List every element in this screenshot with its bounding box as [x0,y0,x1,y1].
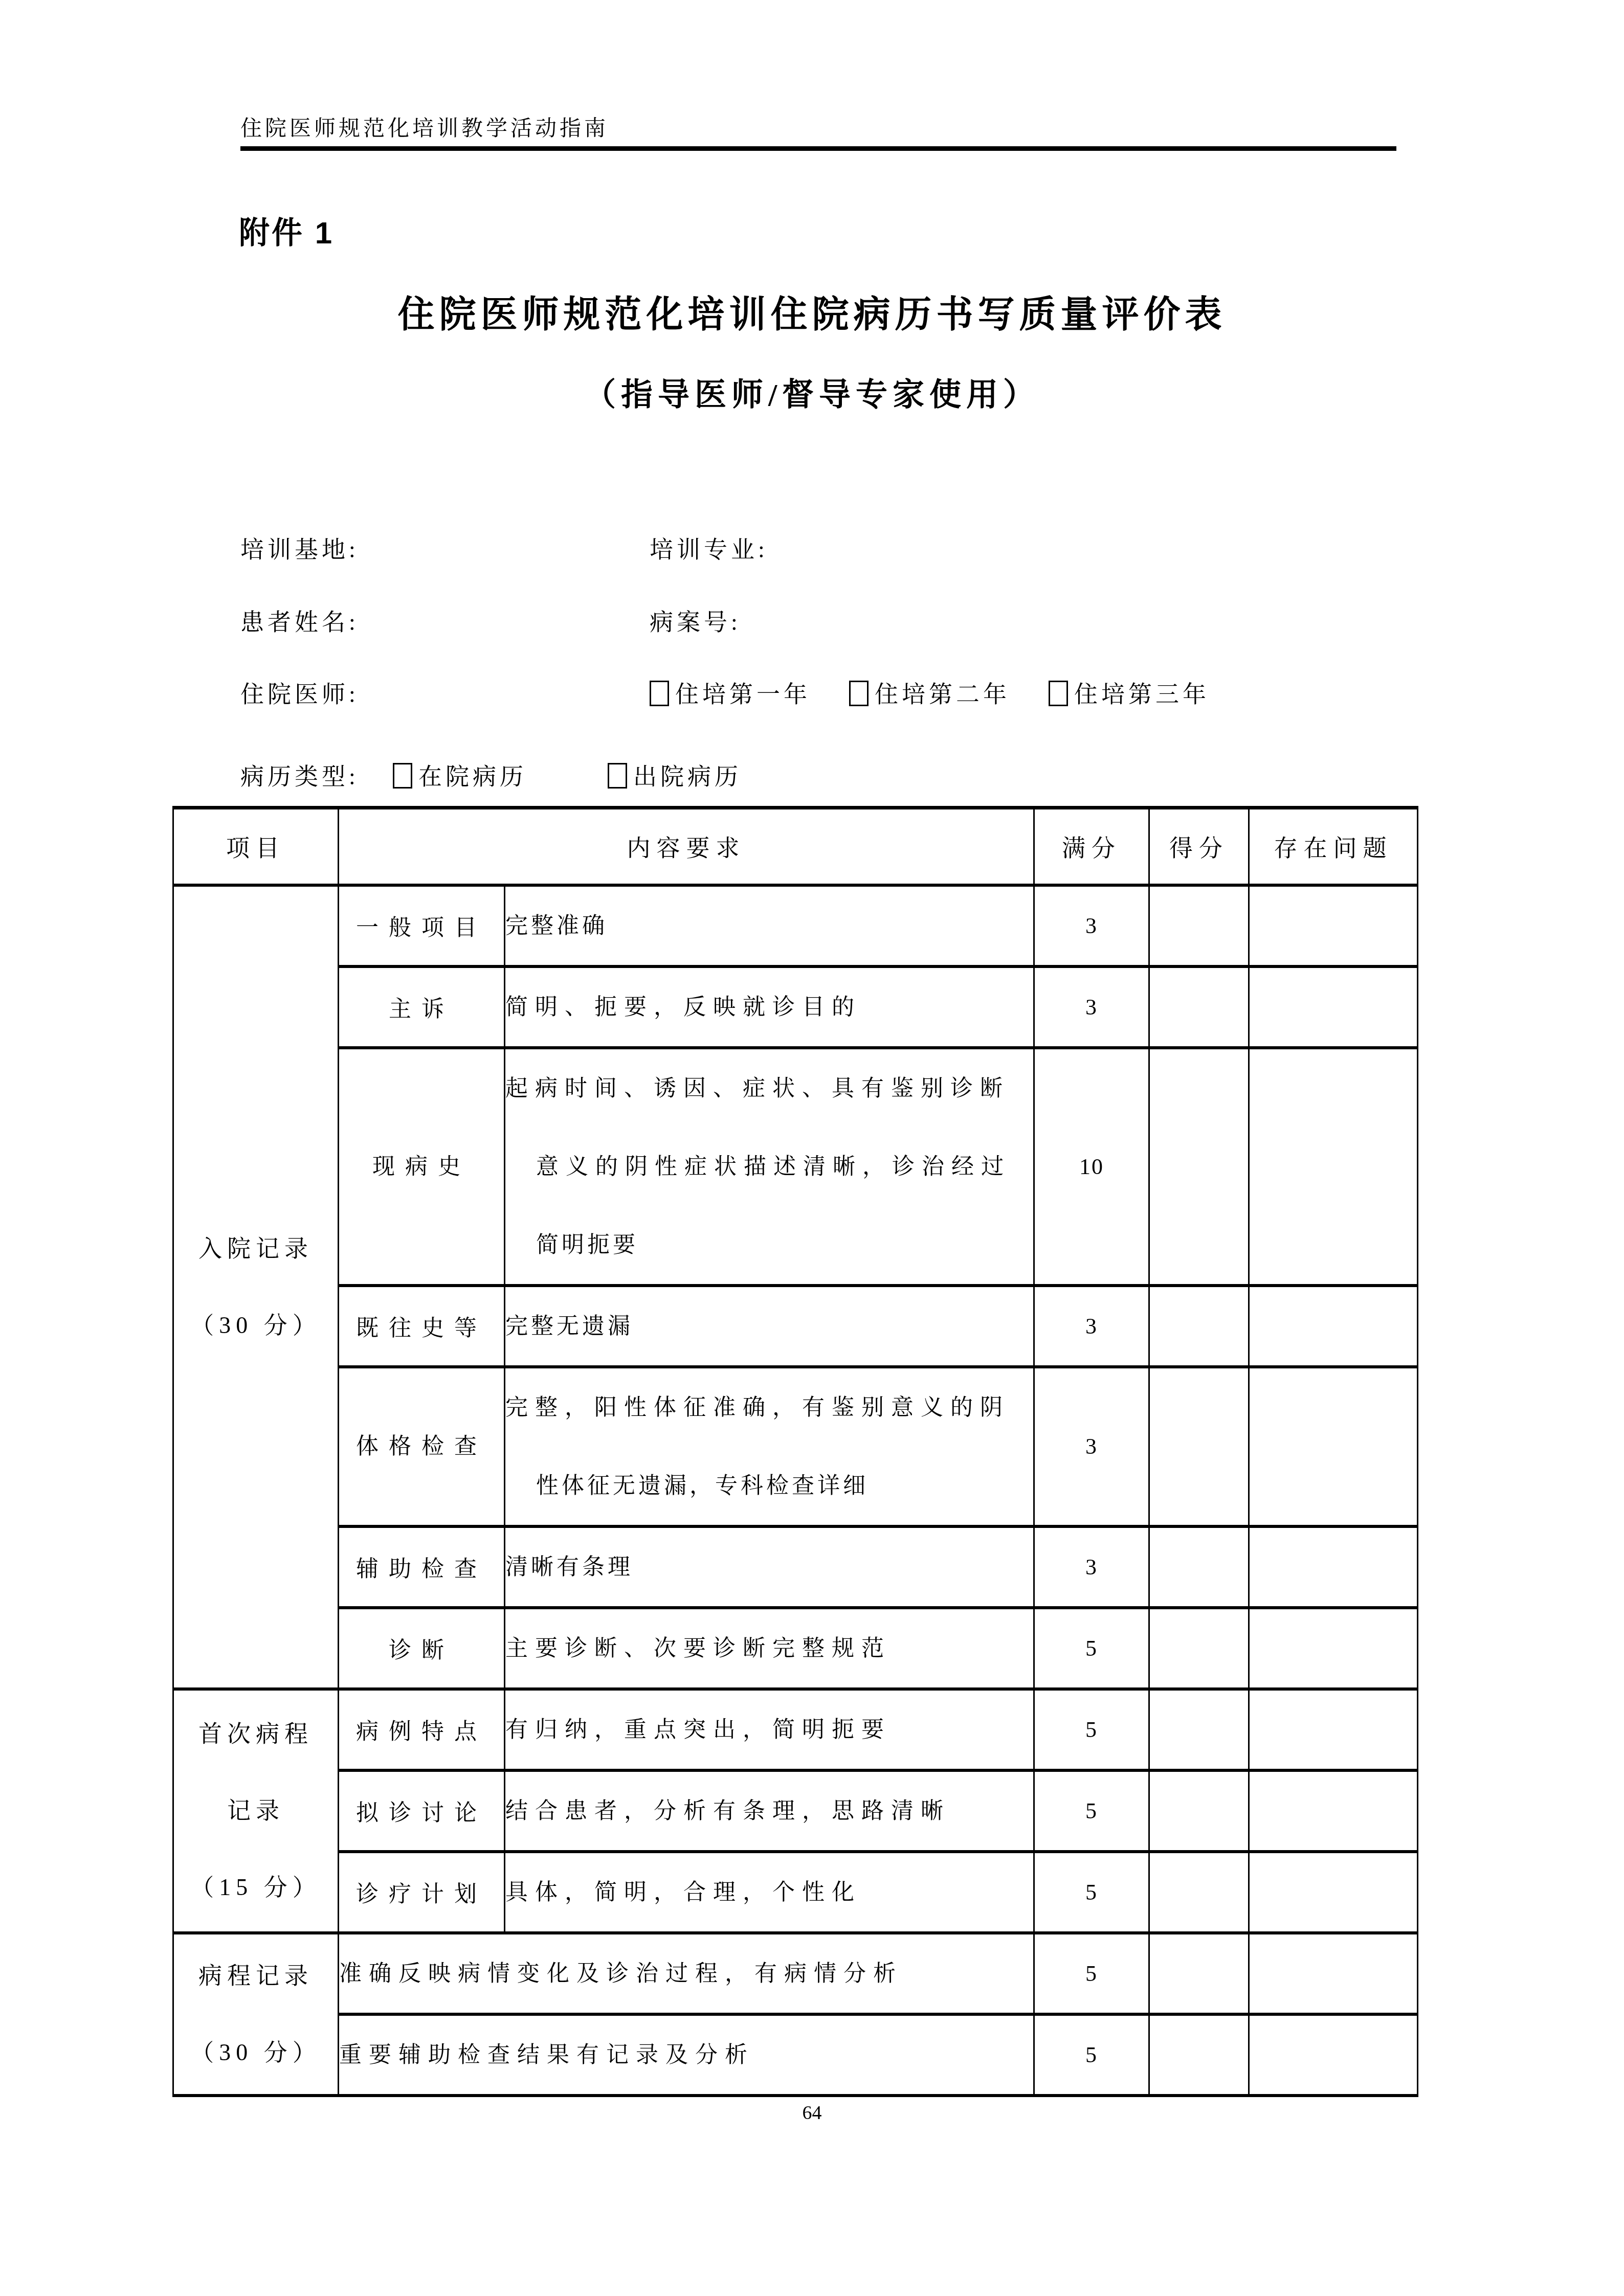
sub-item-label: 体格检查 [339,1367,505,1526]
header-rule-divider [240,146,1396,151]
col-header-score: 得分 [1149,808,1249,885]
criteria-text: 有归纳，重点突出，简明扼要 [505,1689,1034,1770]
section-label-progress-note: 病程记录 （30 分） [173,1933,339,2096]
inpatient-record-label: 在院病历 [418,763,527,790]
running-header: 住院医师规范化培训教学活动指南 [240,111,609,142]
year3-checkbox[interactable] [1049,681,1068,706]
full-score-value: 3 [1034,1526,1149,1608]
sub-item-label: 拟诊讨论 [339,1770,505,1852]
sub-item-label: 一般项目 [339,885,505,966]
score-input-cell[interactable] [1149,1526,1249,1608]
problems-input-cell[interactable] [1249,1526,1418,1608]
problems-input-cell[interactable] [1249,1770,1418,1852]
criteria-text: 简明、扼要，反映就诊目的 [505,966,1034,1048]
document-subtitle: （指导医师/督导专家使用） [0,369,1624,415]
discharge-record-label: 出院病历 [633,763,742,790]
score-input-cell[interactable] [1149,2014,1249,2096]
full-score-value: 5 [1034,1608,1149,1689]
attachment-label: 附件 1 [239,209,334,253]
full-score-value: 3 [1034,1286,1149,1367]
table-row: 重要辅助检查结果有记录及分析 5 [173,2014,1418,2096]
col-header-content: 内容要求 [339,808,1034,885]
sub-item-label: 现病史 [339,1048,505,1286]
table-row: 体格检查 完整，阳性体征准确，有鉴别意义的阴 性体征无遗漏，专科检查详细 3 [173,1367,1418,1526]
table-row: 首次病程 记录 （15 分） 病例特点 有归纳，重点突出，简明扼要 5 [173,1689,1418,1770]
score-input-cell[interactable] [1149,966,1249,1048]
score-input-cell[interactable] [1149,1933,1249,2014]
table-row: 拟诊讨论 结合患者，分析有条理，思路清晰 5 [173,1770,1418,1852]
year1-checkbox[interactable] [650,681,669,706]
score-input-cell[interactable] [1149,1689,1249,1770]
score-input-cell[interactable] [1149,1048,1249,1286]
problems-input-cell[interactable] [1249,1286,1418,1367]
field-label-training-major: 培训专业: [650,531,768,565]
problems-input-cell[interactable] [1249,1367,1418,1526]
year3-label: 住培第三年 [1074,681,1210,707]
full-score-value: 3 [1034,1367,1149,1526]
section-label-admission-record: 入院记录 （30 分） [173,885,339,1689]
year2-label: 住培第二年 [875,681,1010,707]
sub-item-label: 辅助检查 [339,1526,505,1608]
table-header-row: 项目 内容要求 满分 得分 存在问题 [173,808,1418,885]
score-input-cell[interactable] [1149,1367,1249,1526]
full-score-value: 5 [1034,1852,1149,1933]
criteria-text: 结合患者，分析有条理，思路清晰 [505,1770,1034,1852]
full-score-value: 5 [1034,1770,1149,1852]
col-header-item: 项目 [173,808,339,885]
table-row: 辅助检查 清晰有条理 3 [173,1526,1418,1608]
sub-item-label: 诊疗计划 [339,1852,505,1933]
table-row: 诊断 主要诊断、次要诊断完整规范 5 [173,1608,1418,1689]
sub-item-label: 主诉 [339,966,505,1048]
checkbox-option-year1: 住培第一年 [650,676,811,709]
problems-input-cell[interactable] [1249,1048,1418,1286]
criteria-text: 起病时间、诱因、症状、具有鉴别诊断 意义的阴性症状描述清晰，诊治经过 简明扼要 [505,1048,1034,1286]
full-score-value: 3 [1034,885,1149,966]
problems-input-cell[interactable] [1249,885,1418,966]
score-input-cell[interactable] [1149,1286,1249,1367]
checkbox-option-year3: 住培第三年 [1049,676,1210,709]
problems-input-cell[interactable] [1249,2014,1418,2096]
criteria-text: 完整无遗漏 [505,1286,1034,1367]
full-score-value: 10 [1034,1048,1149,1286]
sub-item-label: 诊断 [339,1608,505,1689]
criteria-text: 清晰有条理 [505,1526,1034,1608]
table-row: 既往史等 完整无遗漏 3 [173,1286,1418,1367]
criteria-text: 完整准确 [505,885,1034,966]
field-label-record-type: 病历类型: [240,758,359,792]
criteria-text: 准确反映病情变化及诊治过程，有病情分析 [339,1933,1034,2014]
full-score-value: 5 [1034,2014,1149,2096]
field-label-resident: 住院医师: [240,676,359,709]
full-score-value: 3 [1034,966,1149,1048]
score-input-cell[interactable] [1149,885,1249,966]
year2-checkbox[interactable] [849,681,869,706]
full-score-value: 5 [1034,1933,1149,2014]
checkbox-option-inpatient-record: 在院病历 [393,758,527,792]
table-row: 病程记录 （30 分） 准确反映病情变化及诊治过程，有病情分析 5 [173,1933,1418,2014]
problems-input-cell[interactable] [1249,1933,1418,2014]
table-row: 主诉 简明、扼要，反映就诊目的 3 [173,966,1418,1048]
year1-label: 住培第一年 [675,681,811,707]
problems-input-cell[interactable] [1249,1689,1418,1770]
table-row: 诊疗计划 具体，简明，合理，个性化 5 [173,1852,1418,1933]
section-label-first-progress-note: 首次病程 记录 （15 分） [173,1689,339,1933]
page-number: 64 [0,2102,1624,2124]
score-input-cell[interactable] [1149,1852,1249,1933]
full-score-value: 5 [1034,1689,1149,1770]
criteria-text: 完整，阳性体征准确，有鉴别意义的阴 性体征无遗漏，专科检查详细 [505,1367,1034,1526]
inpatient-record-checkbox[interactable] [393,763,412,789]
table-row: 现病史 起病时间、诱因、症状、具有鉴别诊断 意义的阴性症状描述清晰，诊治经过 简… [173,1048,1418,1286]
problems-input-cell[interactable] [1249,1608,1418,1689]
discharge-record-checkbox[interactable] [608,763,627,789]
sub-item-label: 既往史等 [339,1286,505,1367]
problems-input-cell[interactable] [1249,966,1418,1048]
col-header-full-score: 满分 [1034,808,1149,885]
criteria-text: 主要诊断、次要诊断完整规范 [505,1608,1034,1689]
score-input-cell[interactable] [1149,1770,1249,1852]
col-header-problems: 存在问题 [1249,808,1418,885]
score-input-cell[interactable] [1149,1608,1249,1689]
field-label-patient-name: 患者姓名: [240,603,359,637]
evaluation-table: 项目 内容要求 满分 得分 存在问题 入院记录 （30 分） 一般项目 完整准确… [172,806,1418,2097]
sub-item-label: 病例特点 [339,1689,505,1770]
document-page: 住院医师规范化培训教学活动指南 附件 1 住院医师规范化培训住院病历书写质量评价… [0,0,1624,2296]
table-row: 入院记录 （30 分） 一般项目 完整准确 3 [173,885,1418,966]
checkbox-option-discharge-record: 出院病历 [608,758,742,792]
problems-input-cell[interactable] [1249,1852,1418,1933]
field-label-training-base: 培训基地: [240,531,359,565]
field-label-record-no: 病案号: [650,603,741,637]
document-title: 住院医师规范化培训住院病历书写质量评价表 [0,284,1624,337]
checkbox-option-year2: 住培第二年 [849,676,1010,709]
criteria-text: 重要辅助检查结果有记录及分析 [339,2014,1034,2096]
criteria-text: 具体，简明，合理，个性化 [505,1852,1034,1933]
